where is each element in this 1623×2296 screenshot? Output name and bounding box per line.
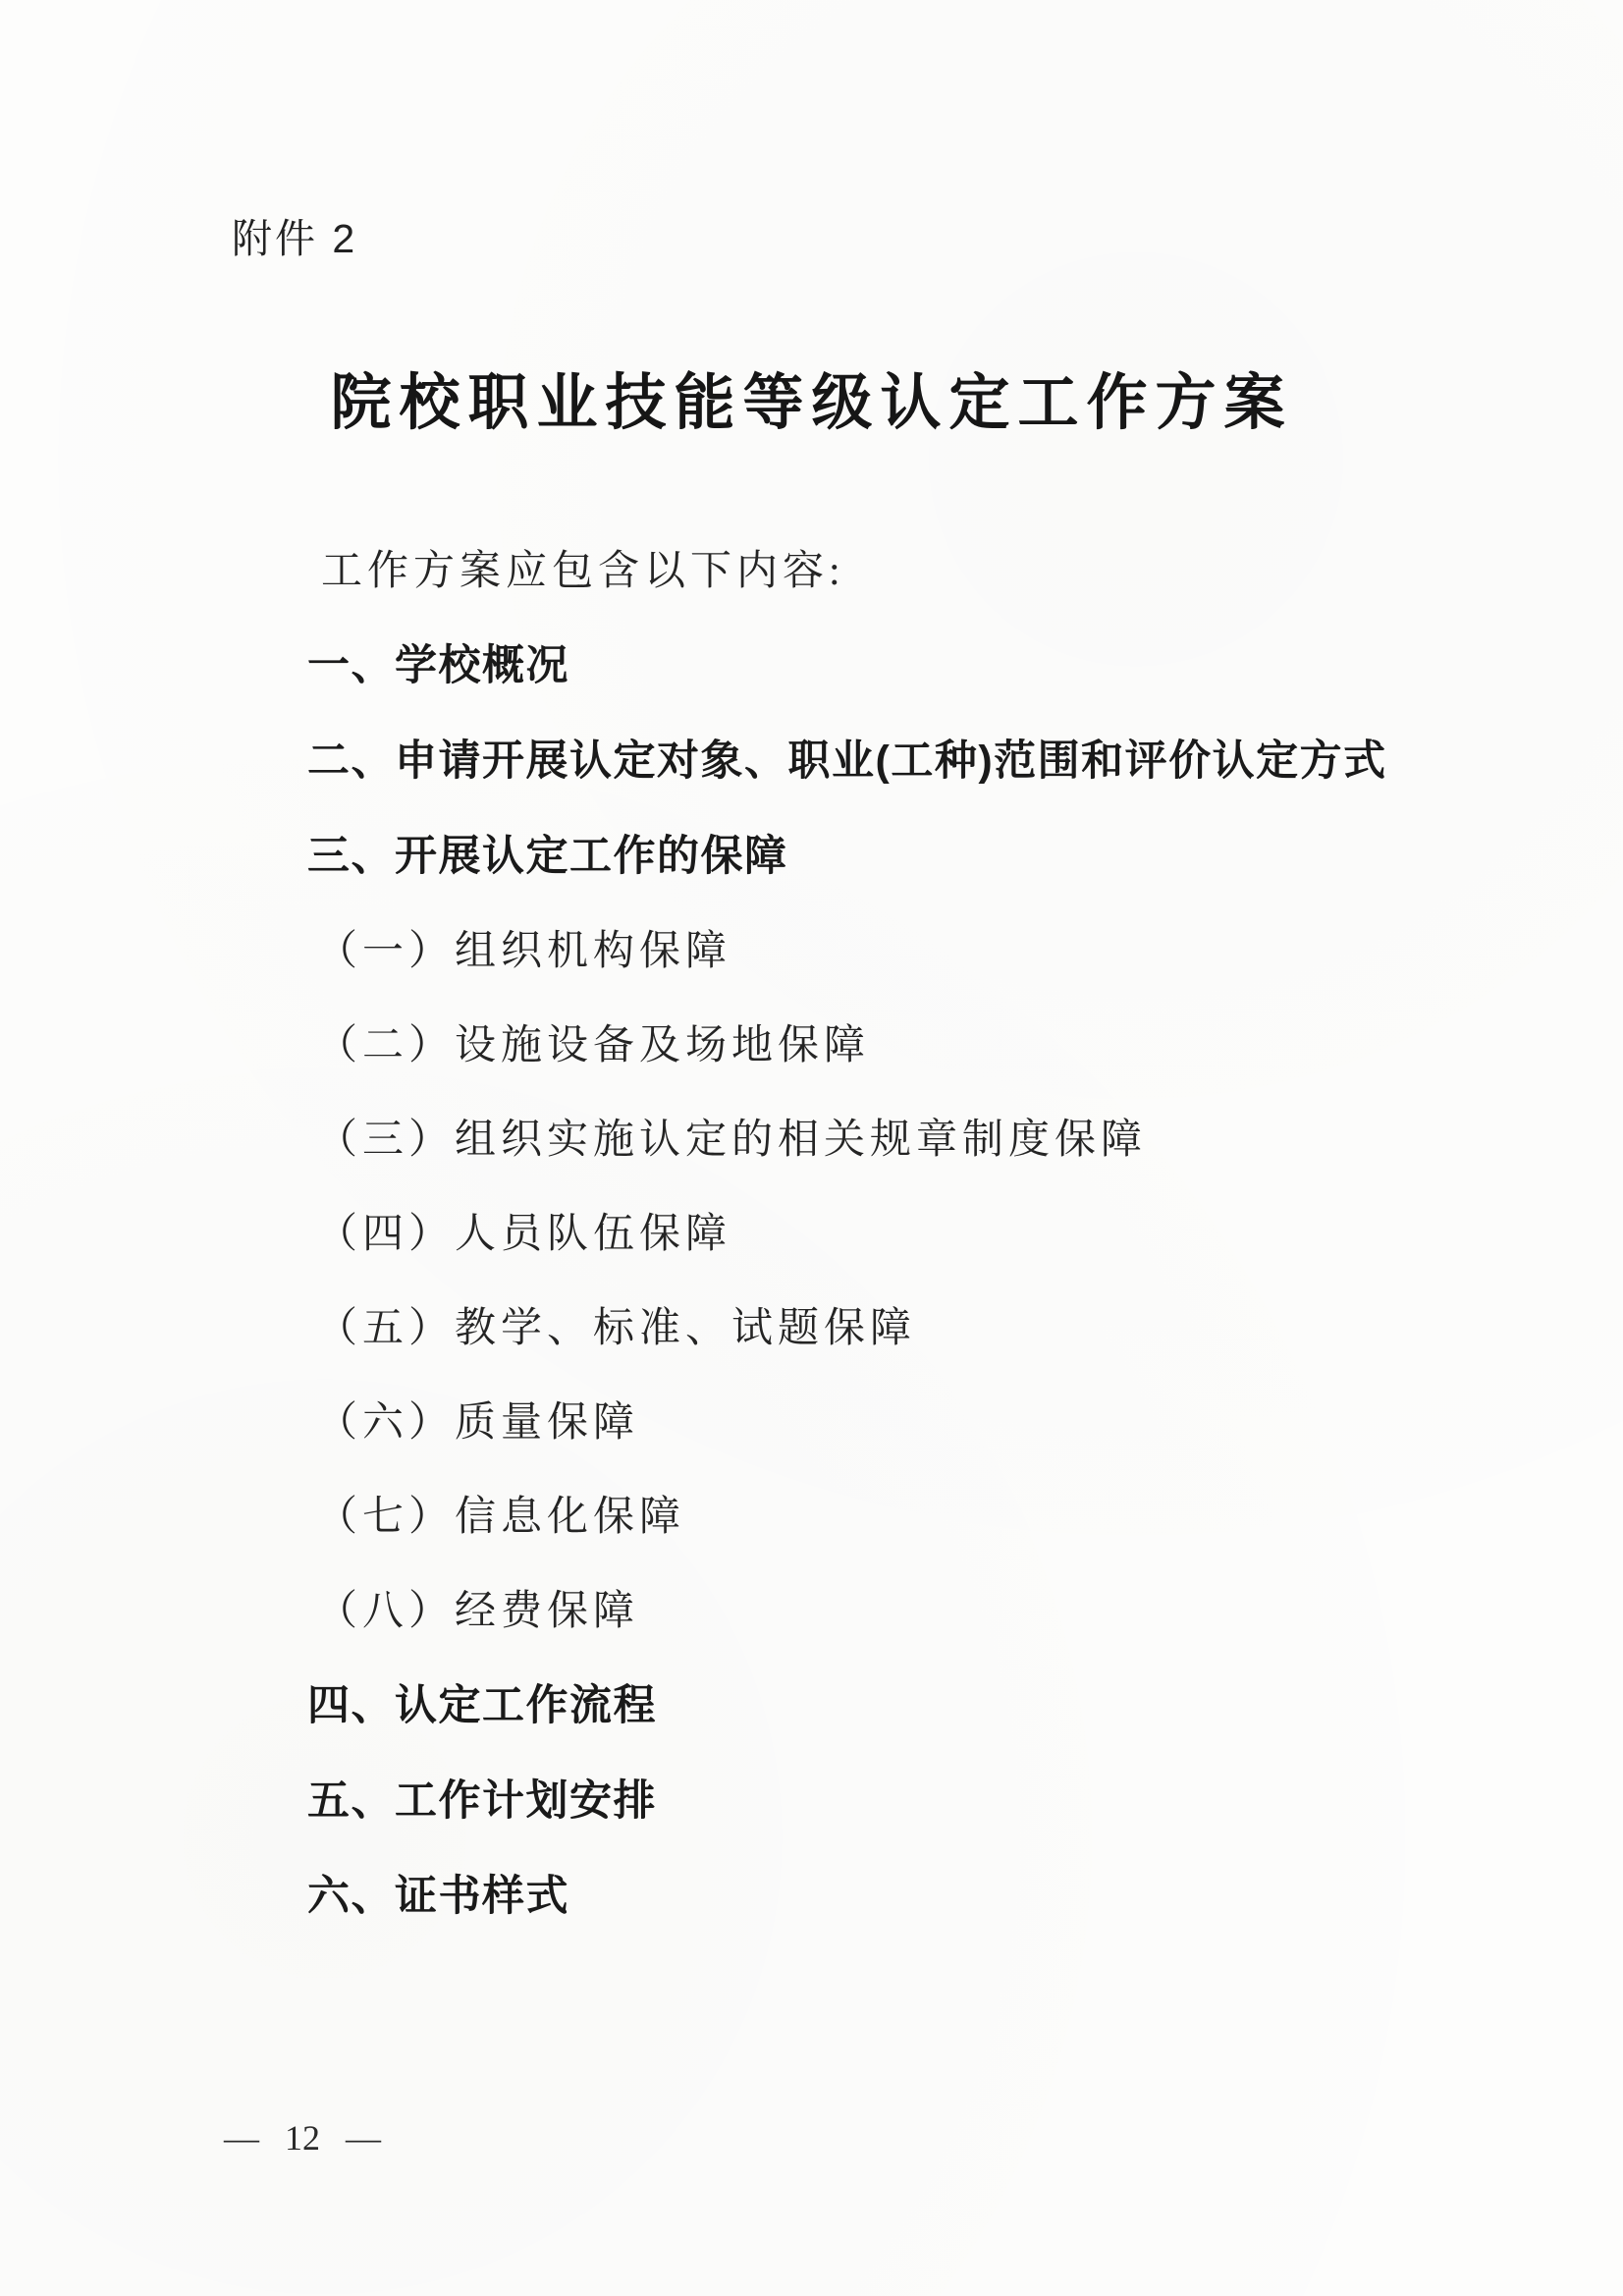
outline-list: 一、学校概况二、申请开展认定对象、职业(工种)范围和评价认定方式三、开展认定工作… (307, 632, 1525, 1923)
page-footer: — 12 — (224, 2117, 381, 2159)
outline-item: （四）人员队伍保障 (307, 1201, 1525, 1260)
document-body: 工作方案应包含以下内容: 一、学校概况二、申请开展认定对象、职业(工种)范围和评… (307, 538, 1525, 1958)
document-page: 附件 2 院校职业技能等级认定工作方案 工作方案应包含以下内容: 一、学校概况二… (0, 0, 1623, 2296)
outline-section: 二、申请开展认定对象、职业(工种)范围和评价认定方式 (307, 728, 1525, 788)
outline-item: （五）教学、标准、试题保障 (307, 1295, 1525, 1354)
page-title: 院校职业技能等级认定工作方案 (0, 354, 1623, 441)
outline-section: 四、认定工作流程 (307, 1672, 1525, 1732)
outline-item: （二）设施设备及场地保障 (307, 1012, 1525, 1071)
outline-section: 六、证书样式 (307, 1863, 1525, 1923)
outline-section: 五、工作计划安排 (307, 1768, 1525, 1828)
outline-item: （六）质量保障 (307, 1390, 1525, 1449)
outline-item: （七）信息化保障 (307, 1484, 1525, 1543)
attachment-label: 附件 2 (232, 206, 357, 264)
outline-section: 一、学校概况 (307, 632, 1525, 692)
page-number: 12 (285, 2117, 320, 2159)
outline-item: （八）经费保障 (307, 1578, 1525, 1637)
intro-line: 工作方案应包含以下内容: (307, 538, 1525, 597)
footer-dash-right: — (346, 2117, 381, 2159)
footer-dash-left: — (224, 2117, 259, 2159)
outline-section: 三、开展认定工作的保障 (307, 823, 1525, 883)
outline-item: （三）组织实施认定的相关规章制度保障 (307, 1107, 1525, 1166)
outline-item: （一）组织机构保障 (307, 918, 1525, 977)
